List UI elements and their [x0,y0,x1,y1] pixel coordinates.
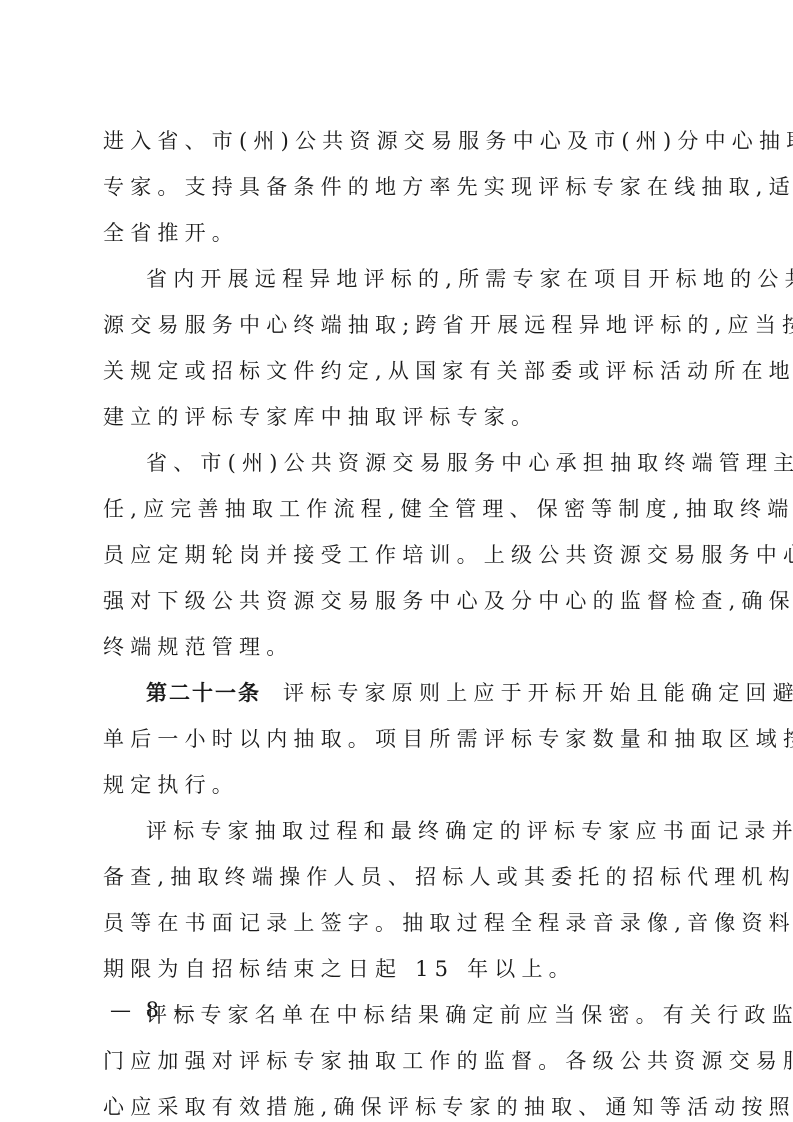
text-line: 单后一小时以内抽取。项目所需评标专家数量和抽取区域按有关 [103,716,693,762]
text-span: 评标专家原则上应于开标开始且能确定回避名 [283,681,793,705]
page-number: — 8 — [110,998,199,1022]
paragraph: 评标专家抽取过程和最终确定的评标专家应书面记录并存档 备查,抽取终端操作人员、招… [103,808,693,992]
article-heading: 第二十一条 [146,681,261,705]
text-line: 员等在书面记录上签字。抽取过程全程录音录像,音像资料保存 [103,900,693,946]
article-paragraph: 第二十一条评标专家原则上应于开标开始且能确定回避名 单后一小时以内抽取。项目所需… [103,670,693,808]
document-page: 进入省、市(州)公共资源交易服务中心及市(州)分中心抽取评标 专家。支持具备条件… [103,118,693,1122]
text-line: 员应定期轮岗并接受工作培训。上级公共资源交易服务中心要加 [103,532,693,578]
text-line: 期限为自招标结束之日起 15 年以上。 [103,946,693,992]
text-line: 任,应完善抽取工作流程,健全管理、保密等制度,抽取终端操作人 [103,486,693,532]
text-line: 省内开展远程异地评标的,所需专家在项目开标地的公共资 [103,256,693,302]
text-line: 关规定或招标文件约定,从国家有关部委或评标活动所在地依法 [103,348,693,394]
text-line: 评标专家抽取过程和最终确定的评标专家应书面记录并存档 [103,808,693,854]
paragraph: 省内开展远程异地评标的,所需专家在项目开标地的公共资 源交易服务中心终端抽取;跨… [103,256,693,440]
paragraph: 进入省、市(州)公共资源交易服务中心及市(州)分中心抽取评标 专家。支持具备条件… [103,118,693,256]
text-line: 强对下级公共资源交易服务中心及分中心的监督检查,确保抽取 [103,578,693,624]
text-line: 专家。支持具备条件的地方率先实现评标专家在线抽取,适时在 [103,164,693,210]
text-line: 省、市(州)公共资源交易服务中心承担抽取终端管理主体责 [103,440,693,486]
text-line: 备查,抽取终端操作人员、招标人或其委托的招标代理机构相关人 [103,854,693,900]
text-line: 进入省、市(州)公共资源交易服务中心及市(州)分中心抽取评标 [103,118,693,164]
text-line: 规定执行。 [103,762,693,808]
text-line: 终端规范管理。 [103,624,693,670]
text-line: 源交易服务中心终端抽取;跨省开展远程异地评标的,应当按照有 [103,302,693,348]
paragraph: 省、市(州)公共资源交易服务中心承担抽取终端管理主体责 任,应完善抽取工作流程,… [103,440,693,670]
text-line: 第二十一条评标专家原则上应于开标开始且能确定回避名 [103,670,693,716]
text-line: 建立的评标专家库中抽取评标专家。 [103,394,693,440]
text-line: 全省推开。 [103,210,693,256]
text-line: 心应采取有效措施,确保评标专家的抽取、通知等活动按照保密要 [103,1084,693,1122]
text-line: 门应加强对评标专家抽取工作的监督。各级公共资源交易服务中 [103,1038,693,1084]
